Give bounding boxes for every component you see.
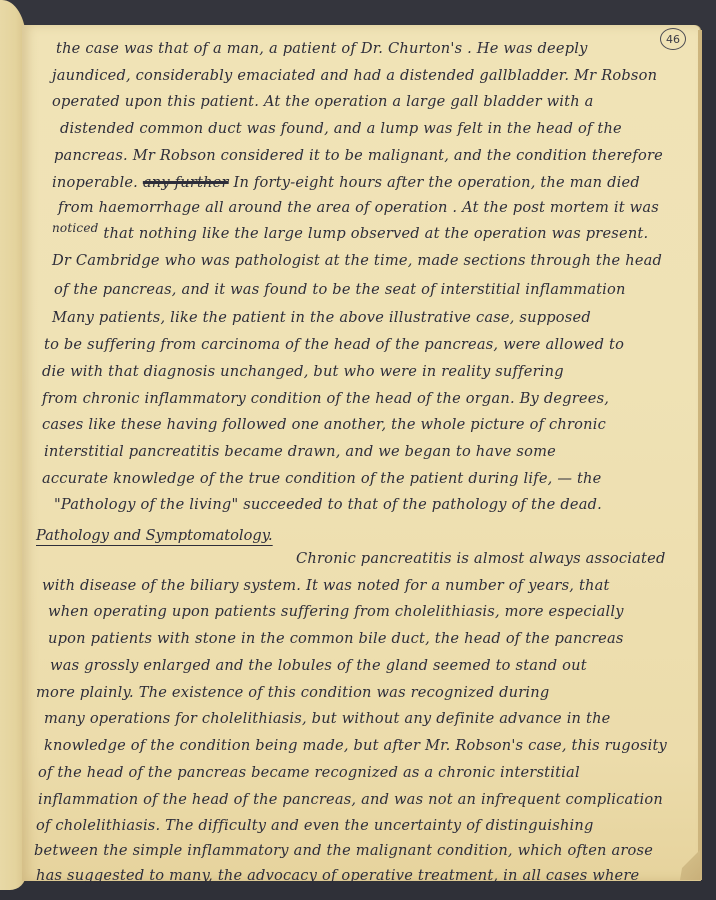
text-fragment: In forty-eight hours after the operation… [234, 174, 640, 191]
text-line: die with that diagnosis unchanged, but w… [42, 363, 564, 380]
text-line: to be suffering from carcinoma of the he… [44, 336, 624, 353]
text-fragment: inoperable. [52, 174, 138, 191]
struck-text: any further [143, 174, 229, 191]
text-line: jaundiced, considerably emaciated and ha… [52, 67, 657, 84]
text-line: inflammation of the head of the pancreas… [38, 791, 663, 808]
text-line: Chronic pancreatitis is almost always as… [296, 550, 666, 567]
text-line: pancreas. Mr Robson considered it to be … [54, 147, 663, 164]
page-edge [698, 30, 702, 880]
text-line: was grossly enlarged and the lobules of … [50, 657, 587, 674]
text-line: noticed that nothing like the large lump… [52, 225, 648, 242]
text-line: inoperable. any further In forty-eight h… [52, 174, 640, 191]
text-line: between the simple inflammatory and the … [34, 842, 653, 859]
text-line: "Pathology of the living" succeeded to t… [54, 496, 602, 513]
text-line: from haemorrhage all around the area of … [58, 199, 659, 216]
text-line: interstitial pancreatitis became drawn, … [44, 443, 556, 460]
text-line: of cholelithiasis. The difficulty and ev… [36, 817, 594, 834]
text-line: with disease of the biliary system. It w… [42, 577, 610, 594]
text-line: from chronic inflammatory condition of t… [42, 390, 609, 407]
text-line: the case was that of a man, a patient of… [56, 40, 588, 57]
text-line: of the head of the pancreas became recog… [38, 764, 580, 781]
text-line: of the pancreas, and it was found to be … [54, 281, 626, 298]
text-line: many operations for cholelithiasis, but … [44, 710, 611, 727]
inserted-word: noticed [52, 221, 99, 235]
text-line: Many patients, like the patient in the a… [52, 309, 591, 326]
text-line: cases like these having followed one ano… [42, 416, 606, 433]
text-line: upon patients with stone in the common b… [48, 630, 624, 647]
section-heading: Pathology and Symptomatology. [36, 527, 273, 544]
page-number: 46 [660, 28, 686, 50]
text-line: Dr Cambridge who was pathologist at the … [52, 252, 662, 269]
text-line: when operating upon patients suffering f… [48, 603, 624, 620]
text-line: operated upon this patient. At the opera… [52, 93, 594, 110]
text-line: knowledge of the condition being made, b… [44, 737, 667, 754]
text-line: accurate knowledge of the true condition… [42, 470, 601, 487]
text-line: has suggested to many, the advocacy of o… [36, 867, 639, 884]
text-fragment: that nothing like the large lump observe… [103, 225, 648, 242]
text-line: distended common duct was found, and a l… [60, 120, 622, 137]
text-line: more plainly. The existence of this cond… [36, 684, 549, 701]
